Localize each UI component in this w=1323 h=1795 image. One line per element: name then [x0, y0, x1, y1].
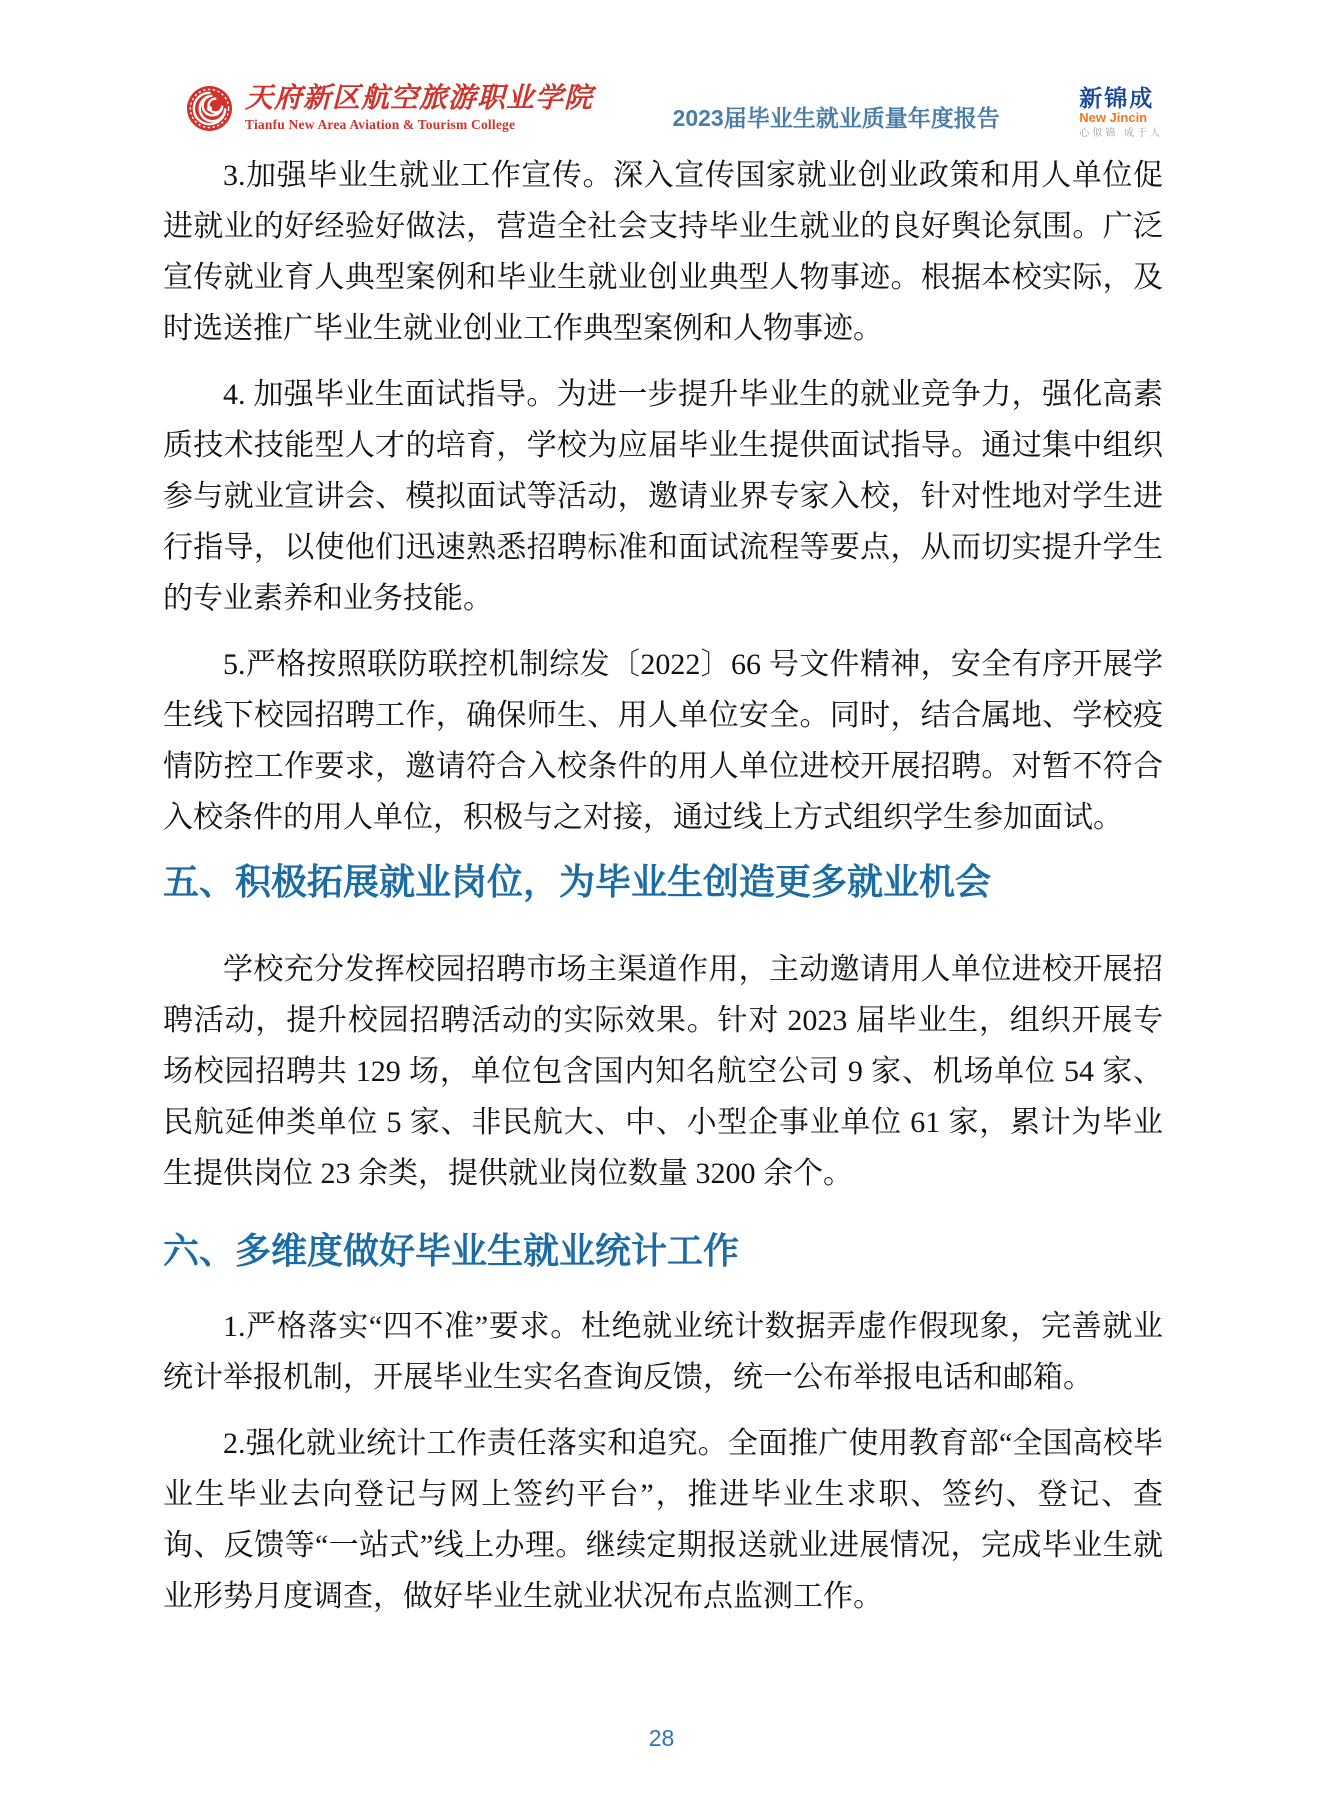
paragraph-5: 5.严格按照联防联控机制综发〔2022〕66 号文件精神，安全有序开展学生线下校… — [163, 639, 1163, 843]
college-names: 天府新区航空旅游职业学院 Tianfu New Area Aviation & … — [245, 84, 593, 133]
phoenix-logo-icon — [186, 85, 233, 132]
section-5-heading: 五、积极拓展就业岗位，为毕业生创造更多就业机会 — [163, 858, 1163, 906]
report-title: 2023届毕业生就业质量年度报告 — [673, 100, 1000, 133]
jincin-brand: 新锦成 New Jincin 心似锦 成于人 — [1079, 86, 1163, 139]
brand-name-en: New Jincin — [1079, 111, 1147, 125]
paragraph-3: 3.加强毕业生就业工作宣传。深入宣传国家就业创业政策和用人单位促进就业的好经验好… — [163, 150, 1163, 354]
college-brand: 天府新区航空旅游职业学院 Tianfu New Area Aviation & … — [186, 84, 593, 133]
section-6-paragraph-2: 2.强化就业统计工作责任落实和追究。全面推广使用教育部“全国高校毕业生毕业去向登… — [163, 1418, 1163, 1622]
section-6-heading: 六、多维度做好毕业生就业统计工作 — [163, 1227, 1163, 1275]
brand-tagline: 心似锦 成于人 — [1079, 129, 1163, 140]
paragraph-4: 4. 加强毕业生面试指导。为进一步提升毕业生的就业竞争力，强化高素质技术技能型人… — [163, 369, 1163, 624]
college-name-en: Tianfu New Area Aviation & Tourism Colle… — [245, 118, 593, 133]
section-5-paragraph: 学校充分发挥校园招聘市场主渠道作用，主动邀请用人单位进校开展招聘活动，提升校园招… — [163, 944, 1163, 1199]
college-name-zh: 天府新区航空旅游职业学院 — [245, 84, 593, 115]
document-body: 3.加强毕业生就业工作宣传。深入宣传国家就业创业政策和用人单位促进就业的好经验好… — [163, 150, 1163, 1637]
page-number: 28 — [0, 1725, 1323, 1752]
brand-name-zh: 新锦成 — [1079, 86, 1154, 110]
section-6-paragraph-1: 1.严格落实“四不准”要求。杜绝就业统计数据弄虚作假现象，完善就业统计举报机制，… — [163, 1301, 1163, 1403]
document-page: 天府新区航空旅游职业学院 Tianfu New Area Aviation & … — [0, 0, 1323, 1795]
page-header: 天府新区航空旅游职业学院 Tianfu New Area Aviation & … — [186, 84, 1163, 139]
